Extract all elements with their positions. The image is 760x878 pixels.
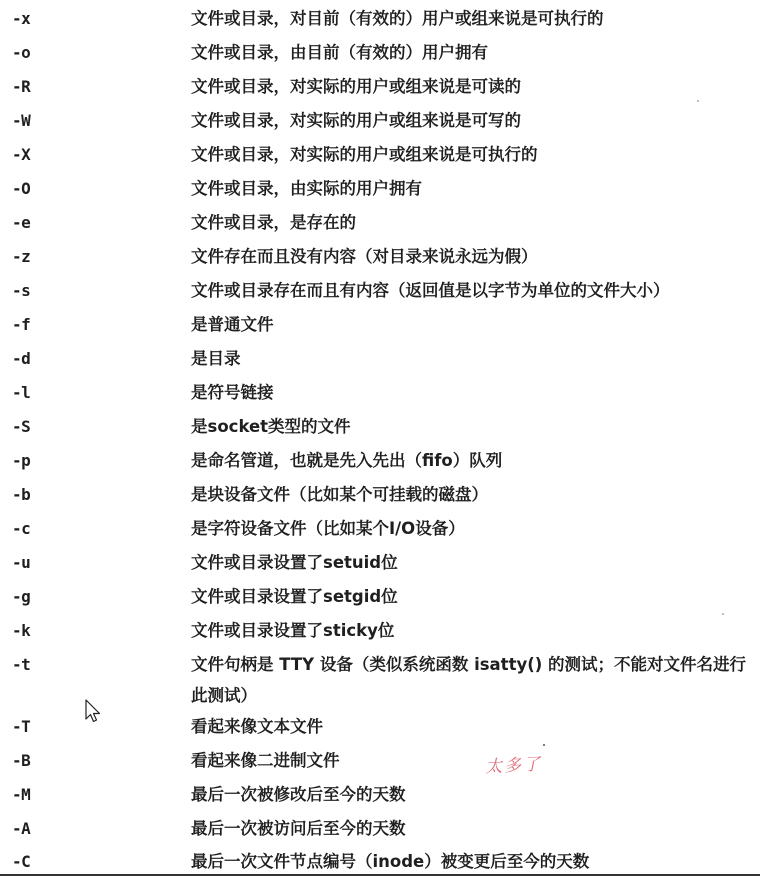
description: 文件或目录设置了setgid位 [191,580,756,614]
operator: -e [12,206,30,240]
scan-speck [697,100,699,102]
operator: -B [12,744,30,778]
operator: -s [12,274,30,308]
operator: -T [12,710,30,744]
table-row: -W 文件或目录，对实际的用户或组来说是可写的 [0,104,760,138]
operator: -S [12,410,30,444]
table-bottom-rule [0,874,760,876]
description: 是块设备文件（比如某个可挂载的磁盘） [191,478,756,512]
table-row: -k 文件或目录设置了sticky位 [0,614,760,648]
description: 是socket类型的文件 [191,410,756,444]
table-row: -c 是字符设备文件（比如某个I/O设备） [0,512,760,546]
table-row: -z 文件存在而且没有内容（对目录来说永远为假） [0,240,760,274]
operator: -x [12,2,30,36]
operator: -p [12,444,30,478]
table-row: -M 最后一次被修改后至今的天数 [0,778,760,812]
table-row: -p 是命名管道，也就是先入先出（fifo）队列 [0,444,760,478]
table-row: -d 是目录 [0,342,760,376]
description: 文件或目录，是存在的 [191,206,756,240]
scan-speck [722,613,724,615]
description: 最后一次被访问后至今的天数 [191,812,756,846]
operator: -W [12,104,30,138]
operator: -X [12,138,30,172]
table-row: -e 文件或目录，是存在的 [0,206,760,240]
operator: -f [12,308,30,342]
description: 文件或目录，由实际的用户拥有 [191,172,756,206]
operator: -O [12,172,30,206]
operator: -u [12,546,30,580]
operator: -l [12,376,30,410]
table-row: -g 文件或目录设置了setgid位 [0,580,760,614]
description: 文件句柄是 TTY 设备（类似系统函数 isatty() 的测试；不能对文件名进… [191,649,756,711]
table-row: -T 看起来像文本文件 [0,710,760,744]
operator: -d [12,342,30,376]
operator: -c [12,512,30,546]
table-row: -x 文件或目录，对目前（有效的）用户或组来说是可执行的 [0,2,760,36]
operator: -A [12,812,30,846]
description: 最后一次被修改后至今的天数 [191,778,756,812]
table-row: -s 文件或目录存在而且有内容（返回值是以字节为单位的文件大小） [0,274,760,308]
table-row: -t 文件句柄是 TTY 设备（类似系统函数 isatty() 的测试；不能对文… [0,648,760,710]
table-row: -A 最后一次被访问后至今的天数 [0,812,760,846]
description: 看起来像二进制文件 [191,744,756,778]
description: 看起来像文本文件 [191,710,756,744]
description: 文件或目录存在而且有内容（返回值是以字节为单位的文件大小） [191,274,756,308]
description: 文件或目录，对实际的用户或组来说是可执行的 [191,138,756,172]
operator: -z [12,240,30,274]
description: 是符号链接 [191,376,756,410]
table-row: -f 是普通文件 [0,308,760,342]
table-row: -l 是符号链接 [0,376,760,410]
table-row: -O 文件或目录，由实际的用户拥有 [0,172,760,206]
operator: -R [12,70,30,104]
operator: -b [12,478,30,512]
description: 文件或目录设置了setuid位 [191,546,756,580]
table-row: -R 文件或目录，对实际的用户或组来说是可读的 [0,70,760,104]
operator: -g [12,580,30,614]
operator: -k [12,614,30,648]
table-row: -B 看起来像二进制文件 [0,744,760,778]
table-row: -S 是socket类型的文件 [0,410,760,444]
operator: -M [12,778,30,812]
table-row: -X 文件或目录，对实际的用户或组来说是可执行的 [0,138,760,172]
table-row: -u 文件或目录设置了setuid位 [0,546,760,580]
description: 文件或目录，对实际的用户或组来说是可写的 [191,104,756,138]
operator: -o [12,36,30,70]
description: 文件存在而且没有内容（对目录来说永远为假） [191,240,756,274]
mouse-cursor-icon [84,699,104,727]
table-row: -b 是块设备文件（比如某个可挂载的磁盘） [0,478,760,512]
description: 是字符设备文件（比如某个I/O设备） [191,512,756,546]
handwritten-annotation: 太多了 [484,750,542,778]
table-row: -o 文件或目录，由目前（有效的）用户拥有 [0,36,760,70]
description: 文件或目录，对实际的用户或组来说是可读的 [191,70,756,104]
description: 是目录 [191,342,756,376]
operator: -t [12,648,30,682]
description: 是普通文件 [191,308,756,342]
description: 是命名管道，也就是先入先出（fifo）队列 [191,444,756,478]
description: 文件或目录，对目前（有效的）用户或组来说是可执行的 [191,2,756,36]
scan-speck [543,744,545,746]
description: 文件或目录设置了sticky位 [191,614,756,648]
description: 文件或目录，由目前（有效的）用户拥有 [191,36,756,70]
